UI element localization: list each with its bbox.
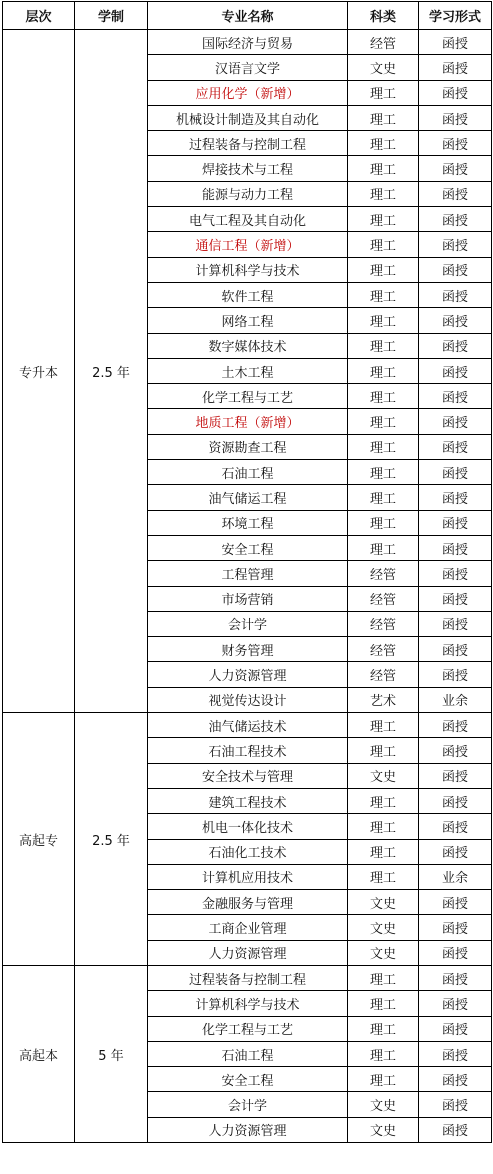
- major-cell: 石油化工技术: [148, 839, 348, 864]
- major-cell: 软件工程: [148, 282, 348, 307]
- major-cell: 汉语言文学: [148, 55, 348, 80]
- major-cell: 工商企业管理: [148, 915, 348, 940]
- mode-cell: 函授: [419, 55, 492, 80]
- category-cell: 经管: [348, 30, 419, 55]
- mode-cell: 函授: [419, 788, 492, 813]
- category-cell: 经管: [348, 637, 419, 662]
- mode-cell: 函授: [419, 510, 492, 535]
- mode-cell: 函授: [419, 890, 492, 915]
- category-cell: 经管: [348, 561, 419, 586]
- major-cell: 通信工程（新增）: [148, 232, 348, 257]
- level-cell: 专升本: [3, 30, 75, 713]
- category-cell: 理工: [348, 713, 419, 738]
- mode-cell: 函授: [419, 839, 492, 864]
- major-cell: 机械设计制造及其自动化: [148, 105, 348, 130]
- mode-cell: 函授: [419, 207, 492, 232]
- major-cell: 建筑工程技术: [148, 788, 348, 813]
- mode-cell: 函授: [419, 30, 492, 55]
- category-cell: 理工: [348, 738, 419, 763]
- mode-cell: 函授: [419, 1117, 492, 1142]
- mode-cell: 函授: [419, 1092, 492, 1117]
- category-cell: 理工: [348, 308, 419, 333]
- category-cell: 理工: [348, 864, 419, 889]
- major-cell: 土木工程: [148, 358, 348, 383]
- category-cell: 理工: [348, 434, 419, 459]
- major-cell: 网络工程: [148, 308, 348, 333]
- major-cell: 市场营销: [148, 586, 348, 611]
- table-body: 专升本2.5 年国际经济与贸易经管函授汉语言文学文史函授应用化学（新增）理工函授…: [3, 30, 492, 1143]
- category-cell: 文史: [348, 940, 419, 965]
- major-cell: 人力资源管理: [148, 662, 348, 687]
- mode-cell: 函授: [419, 485, 492, 510]
- header-major: 专业名称: [148, 2, 348, 30]
- mode-cell: 函授: [419, 965, 492, 990]
- major-cell: 化学工程与工艺: [148, 1016, 348, 1041]
- table-row: 高起专2.5 年油气储运技术理工函授: [3, 713, 492, 738]
- category-cell: 文史: [348, 915, 419, 940]
- category-cell: 经管: [348, 662, 419, 687]
- category-cell: 理工: [348, 460, 419, 485]
- mode-cell: 函授: [419, 586, 492, 611]
- category-cell: 理工: [348, 257, 419, 282]
- category-cell: 文史: [348, 1117, 419, 1142]
- major-cell: 环境工程: [148, 510, 348, 535]
- mode-cell: 函授: [419, 940, 492, 965]
- duration-cell: 2.5 年: [75, 30, 148, 713]
- category-cell: 理工: [348, 485, 419, 510]
- category-cell: 文史: [348, 55, 419, 80]
- major-cell: 金融服务与管理: [148, 890, 348, 915]
- major-cell: 化学工程与工艺: [148, 384, 348, 409]
- mode-cell: 函授: [419, 333, 492, 358]
- major-cell: 电气工程及其自动化: [148, 207, 348, 232]
- major-cell: 石油工程: [148, 1041, 348, 1066]
- mode-cell: 函授: [419, 763, 492, 788]
- category-cell: 理工: [348, 333, 419, 358]
- major-cell: 人力资源管理: [148, 940, 348, 965]
- category-cell: 理工: [348, 105, 419, 130]
- category-cell: 理工: [348, 384, 419, 409]
- major-cell: 应用化学（新增）: [148, 80, 348, 105]
- header-duration: 学制: [75, 2, 148, 30]
- level-cell: 高起专: [3, 713, 75, 966]
- category-cell: 理工: [348, 1016, 419, 1041]
- header-category: 科类: [348, 2, 419, 30]
- header-row: 层次 学制 专业名称 科类 学习形式: [3, 2, 492, 30]
- category-cell: 理工: [348, 181, 419, 206]
- category-cell: 理工: [348, 839, 419, 864]
- major-cell: 会计学: [148, 611, 348, 636]
- category-cell: 理工: [348, 358, 419, 383]
- mode-cell: 函授: [419, 535, 492, 560]
- category-cell: 文史: [348, 763, 419, 788]
- majors-table: 层次 学制 专业名称 科类 学习形式 专升本2.5 年国际经济与贸易经管函授汉语…: [2, 1, 492, 1143]
- major-cell: 石油工程技术: [148, 738, 348, 763]
- mode-cell: 函授: [419, 991, 492, 1016]
- major-cell: 地质工程（新增）: [148, 409, 348, 434]
- mode-cell: 函授: [419, 713, 492, 738]
- mode-cell: 函授: [419, 561, 492, 586]
- category-cell: 文史: [348, 890, 419, 915]
- mode-cell: 函授: [419, 814, 492, 839]
- category-cell: 理工: [348, 156, 419, 181]
- major-cell: 油气储运技术: [148, 713, 348, 738]
- major-cell: 安全工程: [148, 535, 348, 560]
- mode-cell: 函授: [419, 181, 492, 206]
- level-cell: 高起本: [3, 965, 75, 1142]
- category-cell: 理工: [348, 1067, 419, 1092]
- major-cell: 资源勘查工程: [148, 434, 348, 459]
- mode-cell: 函授: [419, 1067, 492, 1092]
- major-cell: 能源与动力工程: [148, 181, 348, 206]
- major-cell: 机电一体化技术: [148, 814, 348, 839]
- mode-cell: 函授: [419, 105, 492, 130]
- category-cell: 理工: [348, 131, 419, 156]
- major-cell: 工程管理: [148, 561, 348, 586]
- category-cell: 理工: [348, 409, 419, 434]
- category-cell: 理工: [348, 510, 419, 535]
- category-cell: 理工: [348, 80, 419, 105]
- category-cell: 经管: [348, 611, 419, 636]
- mode-cell: 函授: [419, 611, 492, 636]
- category-cell: 理工: [348, 207, 419, 232]
- major-cell: 过程装备与控制工程: [148, 131, 348, 156]
- category-cell: 理工: [348, 1041, 419, 1066]
- major-cell: 过程装备与控制工程: [148, 965, 348, 990]
- category-cell: 艺术: [348, 687, 419, 712]
- major-cell: 计算机科学与技术: [148, 257, 348, 282]
- major-cell: 计算机应用技术: [148, 864, 348, 889]
- mode-cell: 函授: [419, 915, 492, 940]
- mode-cell: 函授: [419, 358, 492, 383]
- major-cell: 焊接技术与工程: [148, 156, 348, 181]
- major-cell: 数字媒体技术: [148, 333, 348, 358]
- header-mode: 学习形式: [419, 2, 492, 30]
- category-cell: 文史: [348, 1092, 419, 1117]
- major-cell: 油气储运工程: [148, 485, 348, 510]
- mode-cell: 函授: [419, 282, 492, 307]
- category-cell: 理工: [348, 814, 419, 839]
- mode-cell: 函授: [419, 1016, 492, 1041]
- mode-cell: 函授: [419, 131, 492, 156]
- duration-cell: 5 年: [75, 965, 148, 1142]
- category-cell: 经管: [348, 586, 419, 611]
- category-cell: 理工: [348, 282, 419, 307]
- category-cell: 理工: [348, 991, 419, 1016]
- mode-cell: 函授: [419, 156, 492, 181]
- major-cell: 人力资源管理: [148, 1117, 348, 1142]
- mode-cell: 函授: [419, 80, 492, 105]
- mode-cell: 函授: [419, 232, 492, 257]
- mode-cell: 函授: [419, 1041, 492, 1066]
- major-cell: 国际经济与贸易: [148, 30, 348, 55]
- mode-cell: 函授: [419, 257, 492, 282]
- duration-cell: 2.5 年: [75, 713, 148, 966]
- table-row: 高起本5 年过程装备与控制工程理工函授: [3, 965, 492, 990]
- mode-cell: 函授: [419, 409, 492, 434]
- category-cell: 理工: [348, 788, 419, 813]
- category-cell: 理工: [348, 535, 419, 560]
- major-cell: 计算机科学与技术: [148, 991, 348, 1016]
- mode-cell: 业余: [419, 687, 492, 712]
- mode-cell: 函授: [419, 662, 492, 687]
- mode-cell: 业余: [419, 864, 492, 889]
- mode-cell: 函授: [419, 384, 492, 409]
- category-cell: 理工: [348, 965, 419, 990]
- table-row: 专升本2.5 年国际经济与贸易经管函授: [3, 30, 492, 55]
- mode-cell: 函授: [419, 637, 492, 662]
- major-cell: 安全技术与管理: [148, 763, 348, 788]
- major-cell: 视觉传达设计: [148, 687, 348, 712]
- major-cell: 财务管理: [148, 637, 348, 662]
- mode-cell: 函授: [419, 308, 492, 333]
- header-level: 层次: [3, 2, 75, 30]
- mode-cell: 函授: [419, 738, 492, 763]
- major-cell: 石油工程: [148, 460, 348, 485]
- major-cell: 安全工程: [148, 1067, 348, 1092]
- category-cell: 理工: [348, 232, 419, 257]
- major-cell: 会计学: [148, 1092, 348, 1117]
- mode-cell: 函授: [419, 434, 492, 459]
- mode-cell: 函授: [419, 460, 492, 485]
